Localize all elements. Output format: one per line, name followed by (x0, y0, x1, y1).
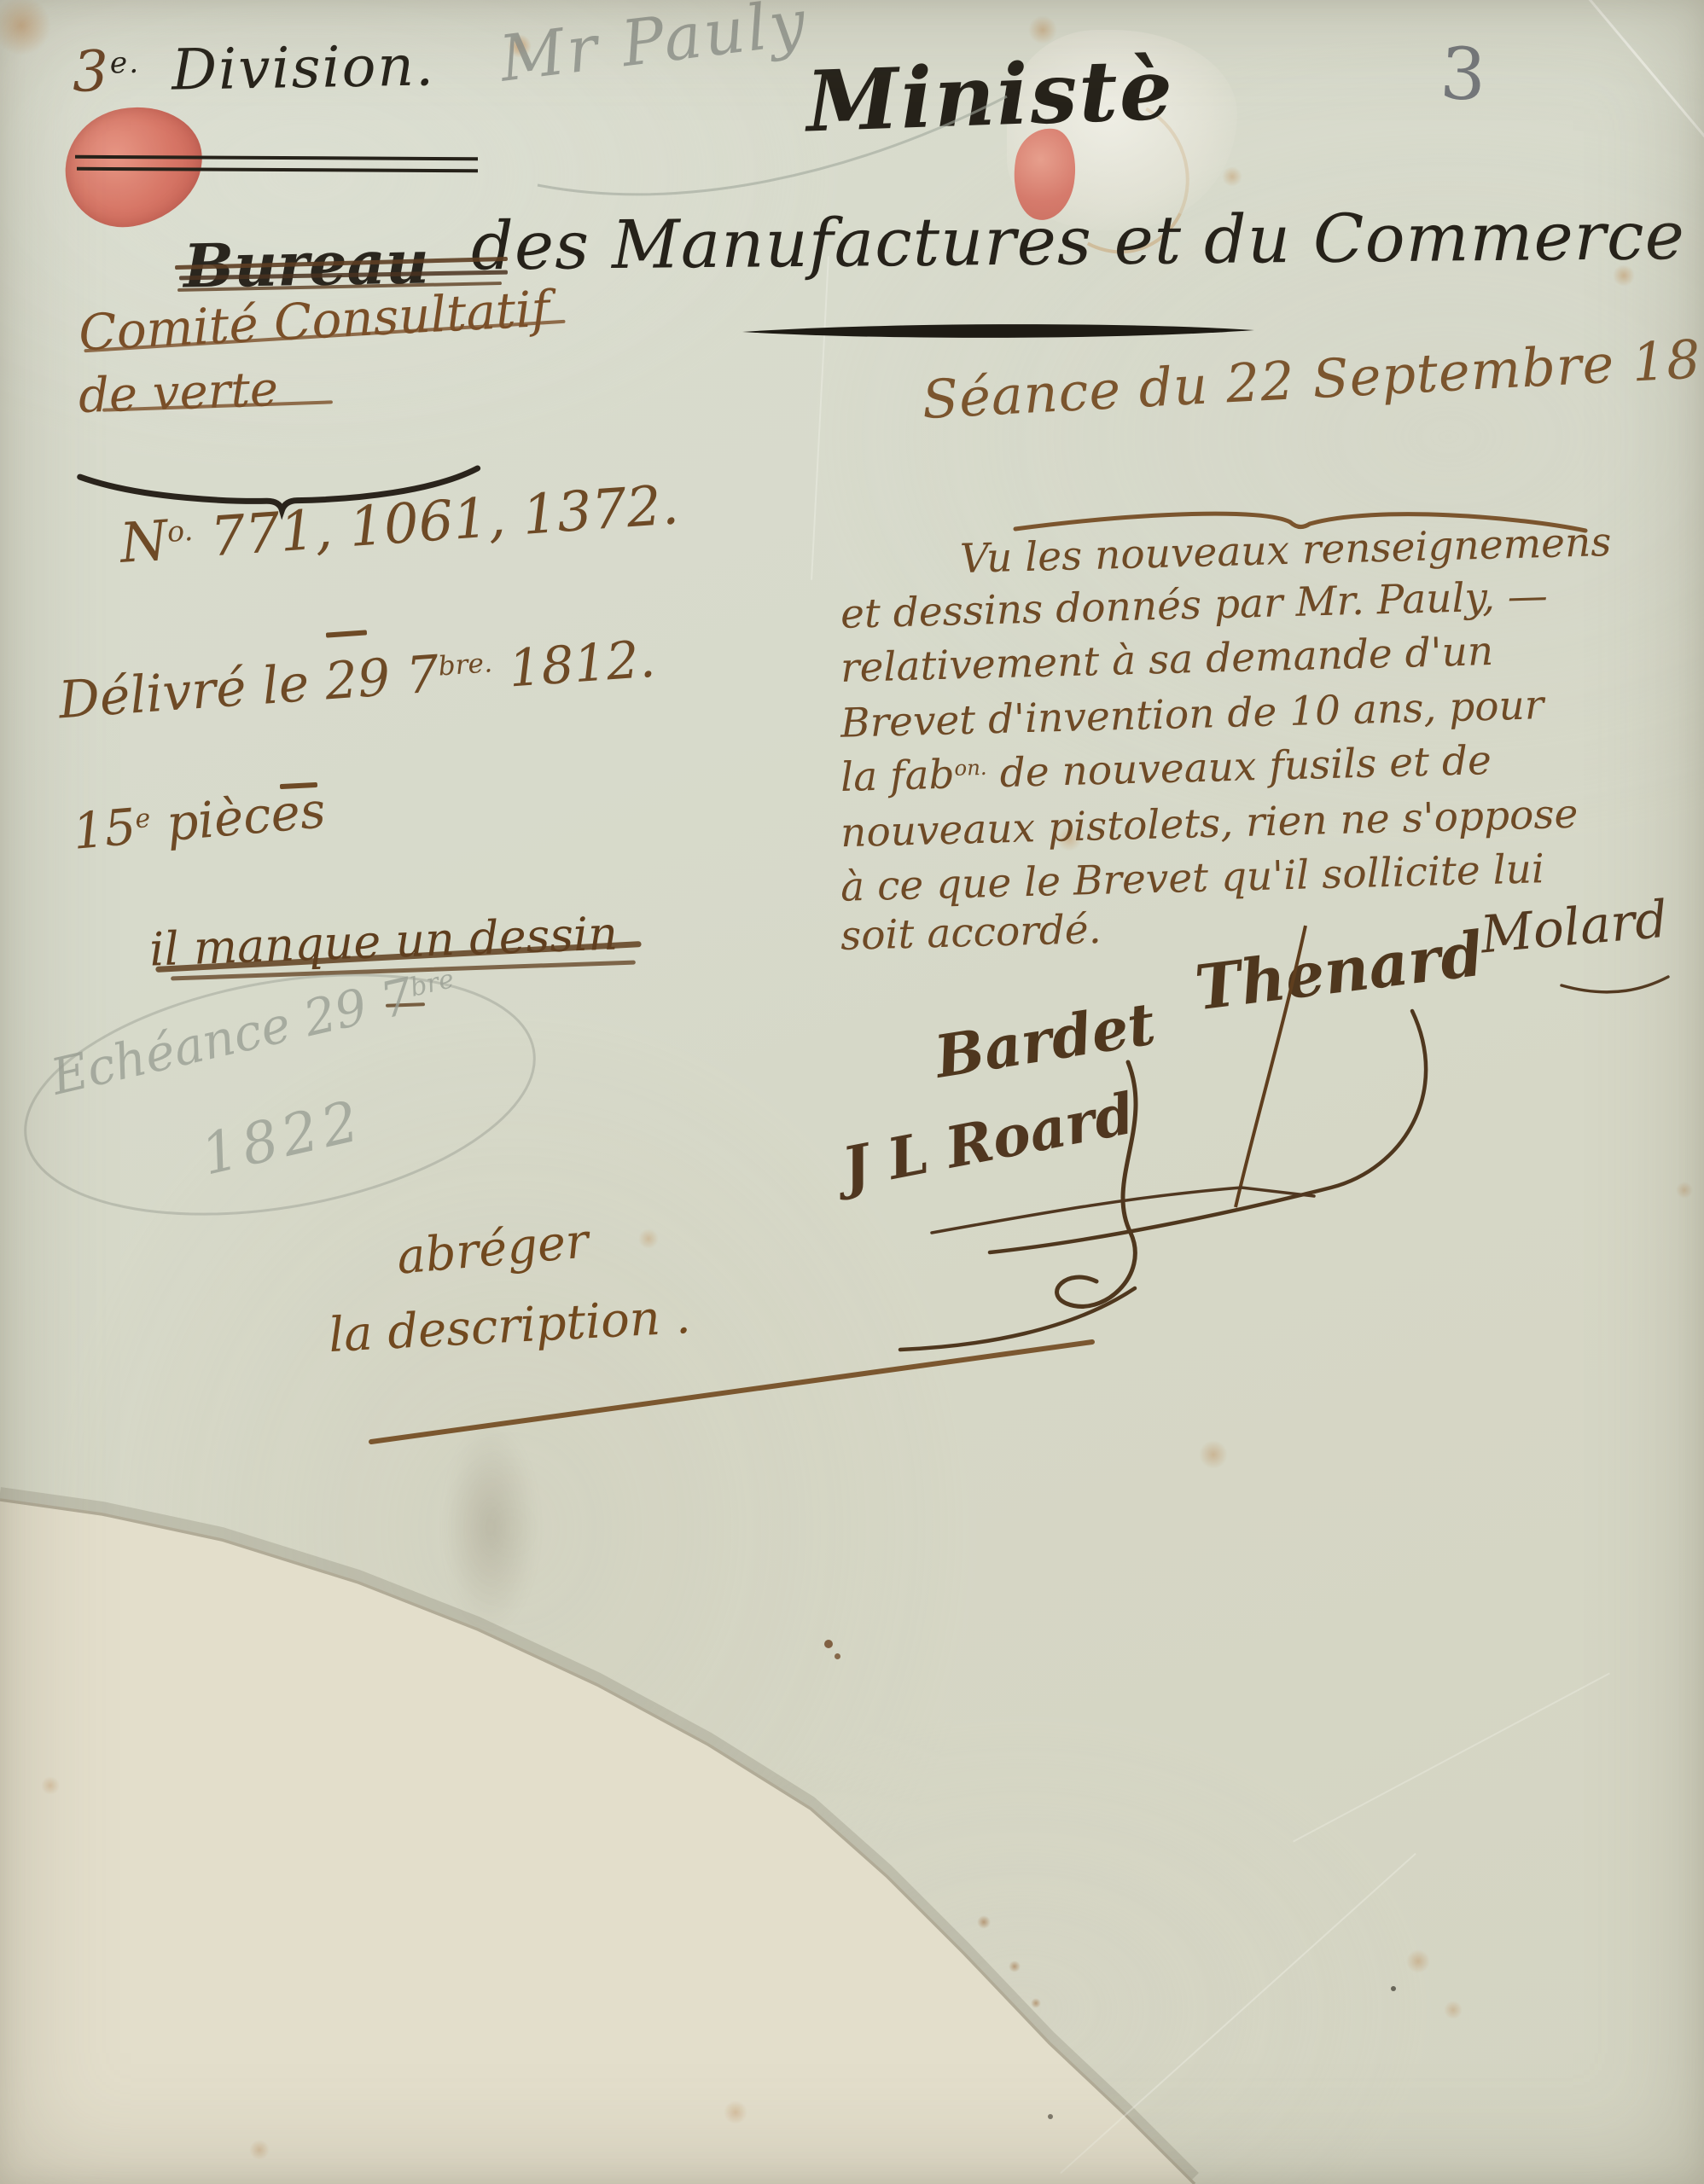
signature-flourishes (853, 887, 1689, 1382)
bardet-paraph (1057, 1062, 1136, 1306)
page-number-text: 3 (1438, 32, 1488, 118)
paraph-slash (1236, 926, 1306, 1207)
under-sheet (0, 1500, 1195, 2184)
document-page: 3e. Division. Ministè des Manufactures e… (0, 0, 1704, 2184)
division-word: Division. (172, 32, 436, 102)
comite-text2: de verte (78, 362, 279, 424)
page-number: 3 (1438, 32, 1488, 118)
dossier-numbers-sup: o. (166, 514, 195, 549)
bardet-underline (900, 1288, 1135, 1350)
swelled-rule (738, 321, 1259, 343)
delivered-sup: bre. (437, 648, 493, 682)
dossier-numbers-pre: N (118, 509, 170, 576)
pieces-pre: 15 (71, 798, 138, 861)
division-ordinal: e. (110, 46, 141, 81)
delivered-post: 1812. (491, 630, 657, 700)
line-text: la fab (840, 752, 955, 801)
pencil-flourish (512, 73, 1024, 209)
ministry-title-line2: des Manufactures et du Commerce . (471, 198, 1704, 286)
comite-line2-struck: de verte (78, 362, 279, 424)
division-heading: 3e. Division. (72, 32, 435, 104)
division-number: 3 (72, 38, 110, 105)
thenard-paraph (990, 1011, 1426, 1252)
molard-tail (1562, 977, 1668, 992)
line-sup: on. (954, 755, 987, 781)
ministry-subtitle-text: des Manufactures et du Commerce . (471, 198, 1704, 286)
pencil-due-sup: bre (407, 964, 457, 1003)
